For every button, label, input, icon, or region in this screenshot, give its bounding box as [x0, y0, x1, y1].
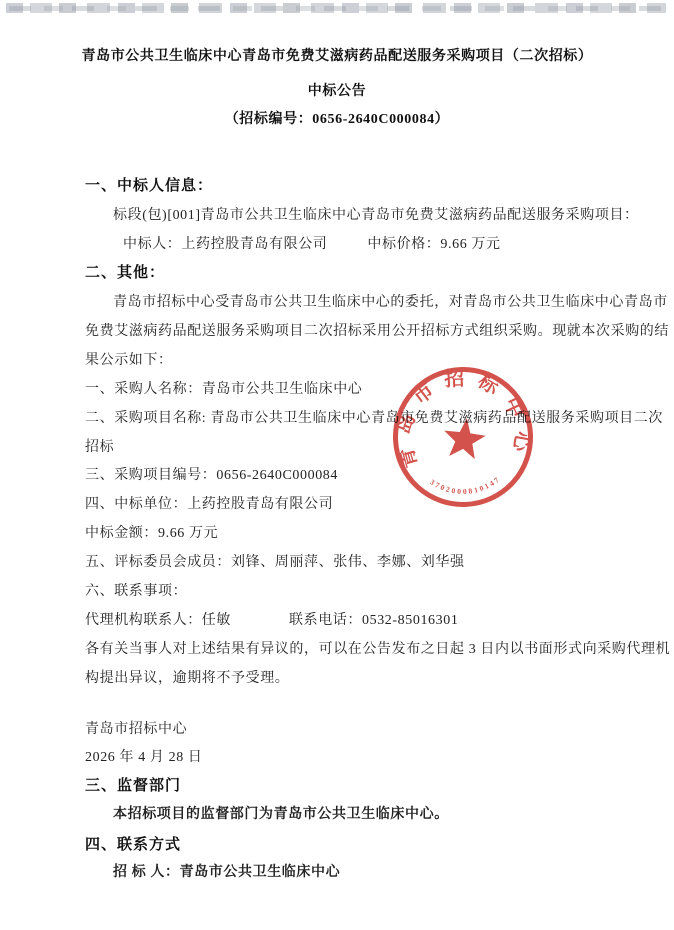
tender-number-line: （招标编号：0656-2640C000084） [0, 108, 674, 128]
purchaser-name-line: 一、采购人名称：青岛市公共卫生临床中心 [85, 378, 362, 398]
agency-contact-line: 代理机构联系人：任敏联系电话：0532-85016301 [85, 609, 458, 629]
doc-subtitle-announcement: 中标公告 [0, 80, 674, 100]
contact-matters-heading: 六、联系事项： [85, 580, 187, 600]
lot-line: 标段(包)[001]青岛市公共卫生临床中心青岛市免费艾滋病药品配送服务采购项目： [113, 204, 639, 224]
winning-unit-line: 四、中标单位：上药控股青岛有限公司 [85, 493, 333, 513]
objection-line1: 各有关当事人对上述结果有异议的，可以在公告发布之日起 3 日内以书面形式向采购代… [85, 638, 670, 658]
project-number-line: 三、采购项目编号：0656-2640C000084 [85, 464, 338, 484]
intro-paragraph-line1: 青岛市招标中心受青岛市公共卫生临床中心的委托，对青岛市公共卫生临床中心青岛市 [113, 291, 668, 311]
seal-serial-number: 3702000810147 [428, 474, 503, 498]
official-seal-stamp: 青岛市招标中心 3702000810147 [384, 358, 542, 516]
intro-paragraph-line2: 免费艾滋病药品配送服务采购项目二次招标采用公开招标方式组织采购。现就本次采购的结 [85, 320, 669, 340]
tenderer-line: 招 标 人：青岛市公共卫生临床中心 [113, 861, 340, 881]
section4-heading: 四、联系方式 [85, 833, 181, 854]
seal-arc-text: 青岛市招标中心 [387, 362, 537, 471]
section1-heading: 一、中标人信息： [85, 174, 213, 195]
project-name-line1: 二、采购项目名称: 青岛市公共卫生临床中心青岛市免费艾滋病药品配送服务采购项目二… [85, 407, 663, 427]
section3-heading: 三、监督部门 [85, 774, 181, 795]
evaluation-committee-line: 五、评标委员会成员：刘锋、周丽萍、张伟、李娜、刘华强 [85, 551, 465, 571]
supervision-body-line: 本招标项目的监督部门为青岛市公共卫生临床中心。 [113, 803, 449, 823]
intro-paragraph-line3: 果公示如下： [85, 349, 173, 369]
winner-price-line: 中标人：上药控股青岛有限公司中标价格：9.66 万元 [123, 233, 501, 253]
scan-noise-band-2 [0, 6, 674, 11]
issue-date: 2026 年 4 月 28 日 [85, 746, 203, 766]
winner-name: 中标人：上药控股青岛有限公司 [123, 237, 327, 252]
doc-title: 青岛市公共卫生临床中心青岛市免费艾滋病药品配送服务采购项目（二次招标） [0, 45, 674, 65]
section2-heading: 二、其他： [85, 261, 165, 282]
project-name-line2: 招标 [85, 436, 114, 456]
agency-contact-person: 代理机构联系人：任敏 [85, 613, 231, 628]
agency-contact-phone: 联系电话：0532-85016301 [289, 613, 458, 628]
document-page: 青岛市公共卫生临床中心青岛市免费艾滋病药品配送服务采购项目（二次招标） 中标公告… [0, 0, 674, 930]
winning-amount-line: 中标金额：9.66 万元 [85, 522, 218, 542]
issuer-name: 青岛市招标中心 [85, 718, 187, 738]
winner-price: 中标价格：9.66 万元 [367, 237, 500, 252]
star-icon [441, 416, 487, 461]
objection-line2: 构提出异议，逾期将不予受理。 [85, 667, 289, 687]
